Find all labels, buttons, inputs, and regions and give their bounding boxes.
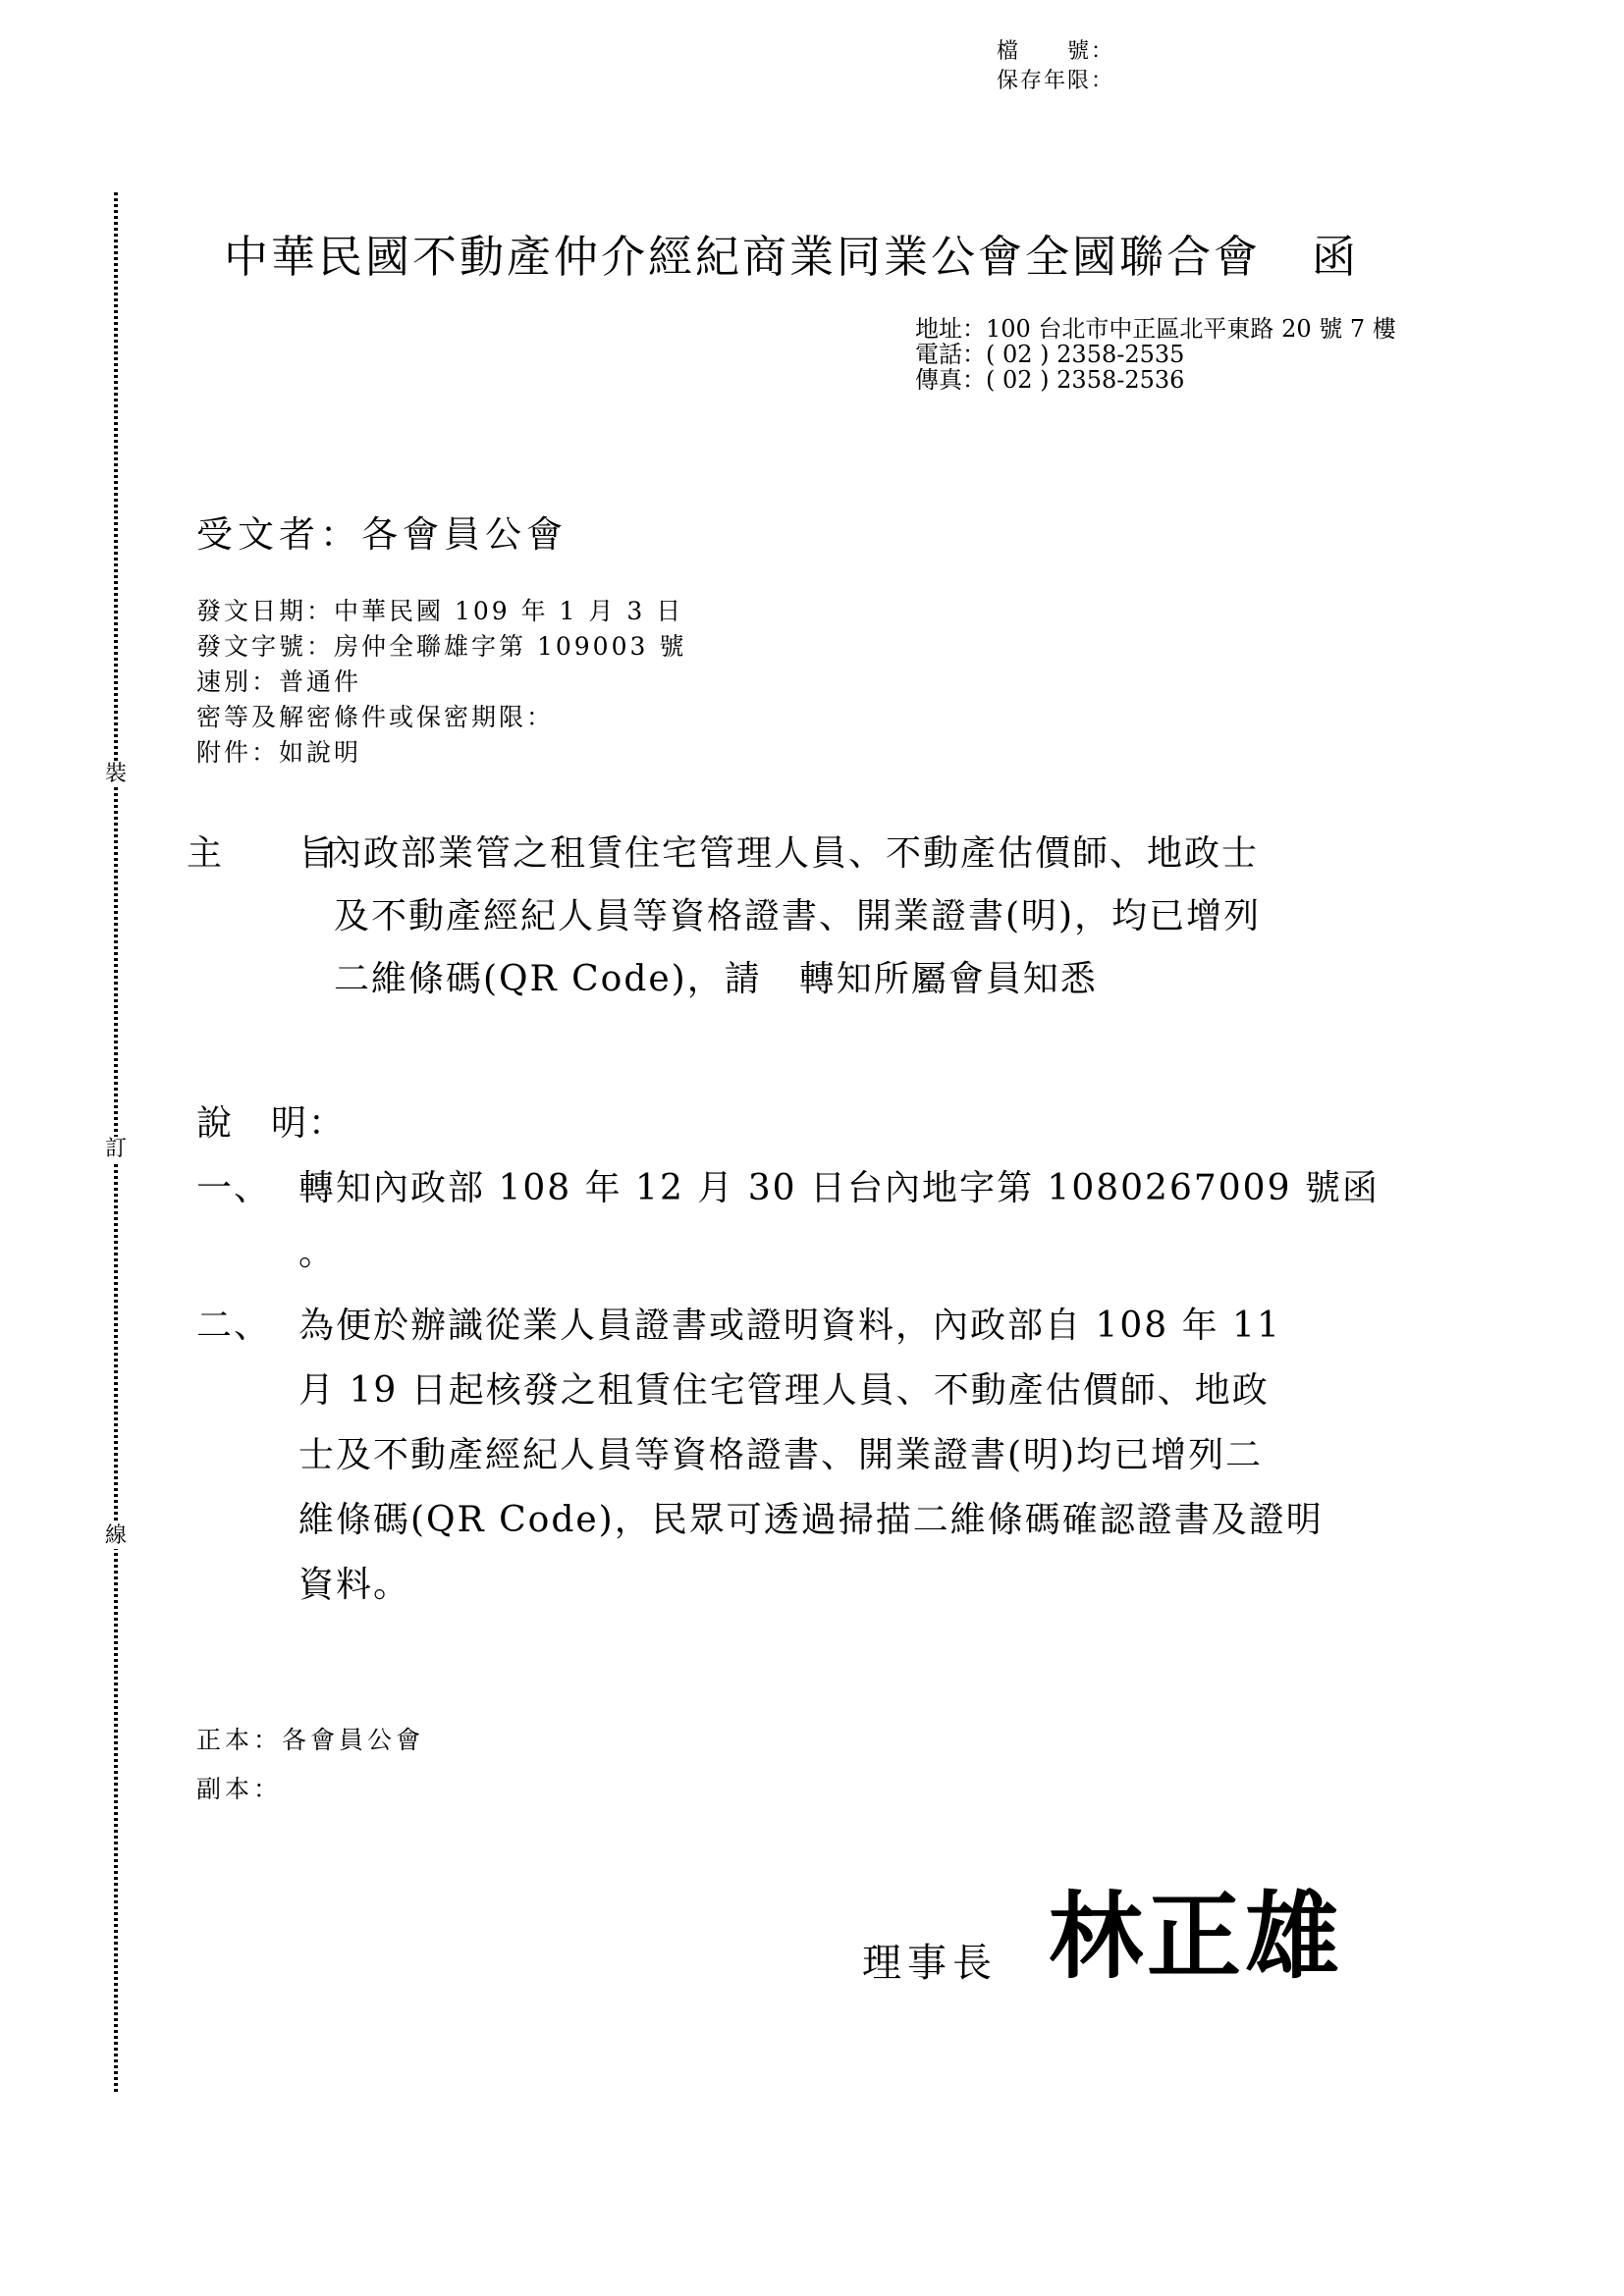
delivery-speed: 速別：普通件 bbox=[196, 665, 686, 700]
issue-date: 發文日期：中華民國 109 年 1 月 3 日 bbox=[196, 594, 686, 629]
file-info: 檔 號： 保存年限： bbox=[997, 37, 1114, 96]
item-line: 為便於辦識從業人員證書或證明資料，內政部自 108 年 11 bbox=[298, 1306, 1281, 1346]
file-number-label: 檔 號： bbox=[997, 37, 1114, 67]
fax: 傳真：( 02 ) 2358-2536 bbox=[915, 367, 1396, 393]
original-recipients: 正本：各會員公會 bbox=[196, 1716, 424, 1765]
subject-line-2: 及不動產經紀人員等資格證書、開業證書(明)，均已增列 bbox=[187, 885, 1261, 948]
document-meta: 發文日期：中華民國 109 年 1 月 3 日 發文字號：房仲全聯雄字第 109… bbox=[196, 594, 686, 771]
subject-label: 主 旨： bbox=[187, 823, 326, 885]
signer-title: 理事長 bbox=[862, 1939, 998, 1988]
item-line: 轉知內政部 108 年 12 月 30 日台內地字第 1080267009 號函 bbox=[298, 1168, 1380, 1208]
document-number: 發文字號：房仲全聯雄字第 109003 號 bbox=[196, 629, 686, 665]
document-type: 函 bbox=[1312, 231, 1359, 283]
subject-line-1: 內政部業管之租賃住宅管理人員、不動產估價師、地政士 bbox=[326, 833, 1259, 874]
attachment: 附件：如說明 bbox=[196, 735, 686, 771]
signer-name: 林正雄 bbox=[1049, 1883, 1343, 1991]
copy-recipients: 副本： bbox=[196, 1765, 424, 1814]
item-line: 維條碼(QR Code)，民眾可透過掃描二維條碼確認證書及證明 bbox=[196, 1488, 1324, 1553]
phone: 電話：( 02 ) 2358-2535 bbox=[915, 342, 1396, 367]
contact-block: 地址：100 台北市中正區北平東路 20 號 7 樓 電話：( 02 ) 235… bbox=[915, 316, 1396, 393]
retention-label: 保存年限： bbox=[997, 67, 1114, 96]
item-line: 。 bbox=[196, 1221, 1380, 1286]
binding-mark-zhuang: 裝 bbox=[102, 762, 130, 787]
subject-section: 主 旨：內政部業管之租賃住宅管理人員、不動產估價師、地政士 及不動產經紀人員等資… bbox=[187, 823, 1261, 1011]
recipient: 受文者：各會員公會 bbox=[196, 510, 568, 560]
item-number: 二、 bbox=[196, 1294, 298, 1359]
item-line: 月 19 日起核發之租賃住宅管理人員、不動產估價師、地政 bbox=[196, 1359, 1324, 1423]
secrecy-level: 密等及解密條件或保密期限： bbox=[196, 700, 686, 735]
binding-mark-ding: 訂 bbox=[102, 1137, 130, 1162]
subject-line-3: 二維條碼(QR Code)，請 轉知所屬會員知悉 bbox=[187, 948, 1261, 1011]
binding-mark-xian: 線 bbox=[102, 1523, 130, 1549]
explanation-item-1: 一、轉知內政部 108 年 12 月 30 日台內地字第 1080267009 … bbox=[196, 1156, 1380, 1286]
explanation-item-2: 二、為便於辦識從業人員證書或證明資料，內政部自 108 年 11 月 19 日起… bbox=[196, 1294, 1324, 1618]
address: 地址：100 台北市中正區北平東路 20 號 7 樓 bbox=[915, 316, 1396, 342]
explanation-label: 說 明： bbox=[196, 1099, 346, 1148]
item-line: 士及不動產經紀人員等資格證書、開業證書(明)均已增列二 bbox=[196, 1423, 1324, 1488]
organization-name: 中華民國不動產仲介經紀商業同業公會全國聯合會 bbox=[224, 231, 1261, 283]
distribution: 正本：各會員公會 副本： bbox=[196, 1716, 424, 1814]
item-number: 一、 bbox=[196, 1156, 298, 1221]
document-title: 中華民國不動產仲介經紀商業同業公會全國聯合會函 bbox=[224, 228, 1359, 287]
item-line: 資料。 bbox=[196, 1553, 1324, 1618]
